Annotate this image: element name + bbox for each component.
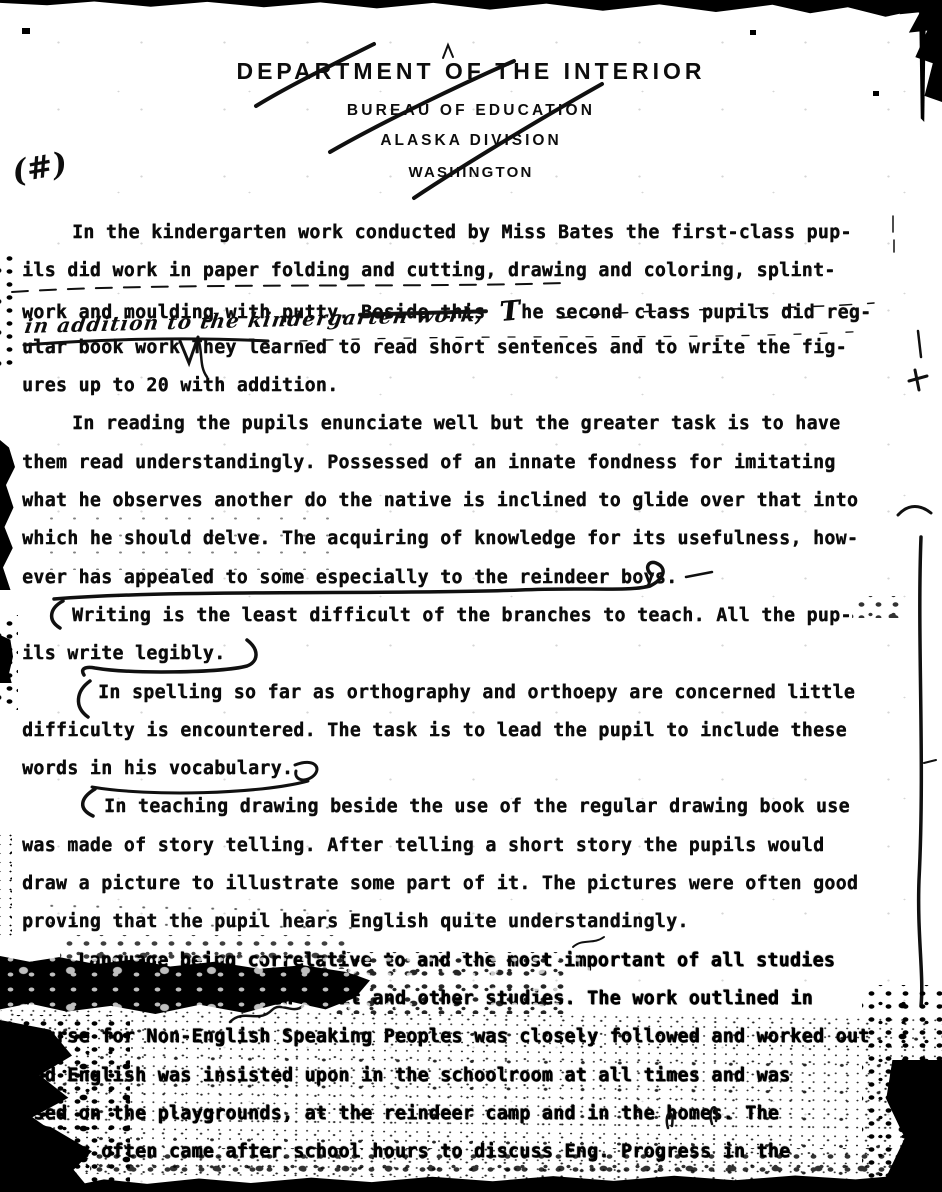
- text-line: was made of story telling. After telling…: [22, 827, 922, 865]
- right-margin-dash: [924, 760, 936, 763]
- typed-text: In teaching drawing beside the use of th…: [104, 796, 850, 817]
- typed-text: In reading the pupils enunciate well but…: [72, 413, 840, 434]
- typed-text: Writing is the least difficult of the br…: [72, 605, 852, 626]
- typed-text: difficulty is encountered. The task is t…: [22, 720, 847, 741]
- letterhead-department: DEPARTMENT OF THE INTERIOR: [0, 58, 942, 85]
- typed-text: and English was insisted upon in the sch…: [22, 1065, 790, 1086]
- typed-text: ils did work in paper folding and cuttin…: [22, 260, 836, 281]
- text-line: Language being correlative to and the mo…: [22, 942, 922, 980]
- letterhead-bureau: BUREAU OF EDUCATION: [0, 102, 942, 120]
- handwritten-capital: T: [498, 292, 522, 332]
- text-line: Writing is the least difficult of the br…: [22, 597, 922, 635]
- scanned-document-page: DEPARTMENT OF THE INTERIOR BUREAU OF EDU…: [0, 0, 942, 1192]
- text-line: them read understandingly. Possessed of …: [22, 444, 922, 482]
- caret-above-title-icon: [443, 45, 453, 58]
- text-line: In the kindergarten work conducted by Mi…: [22, 214, 922, 252]
- scan-noise-left-4: [0, 830, 12, 940]
- scan-speck: [750, 30, 756, 35]
- text-line: ures up to 20 with addition.: [22, 367, 922, 405]
- text-line: used on the playgrounds, at the reindeer…: [22, 1095, 922, 1133]
- scan-noise-left-1: [0, 250, 16, 370]
- text-line: words in his vocabulary.: [22, 750, 922, 788]
- letterhead: DEPARTMENT OF THE INTERIOR BUREAU OF EDU…: [0, 58, 942, 181]
- text-line: draw a picture to illustrate some part o…: [22, 865, 922, 903]
- scan-noise-left-3: [0, 615, 18, 710]
- document-body: In the kindergarten work conducted by Mi…: [22, 214, 922, 1171]
- typed-text: he second class pupils did reg-: [521, 302, 871, 323]
- typed-text: was made of story telling. After telling…: [22, 835, 824, 856]
- text-line: Course for Non-English Speaking Peoples …: [22, 1018, 922, 1056]
- typed-text: words in his vocabulary.: [22, 758, 293, 779]
- text-line: pupils often came after school hours to …: [22, 1133, 922, 1171]
- typed-text: In the kindergarten work conducted by Mi…: [72, 222, 852, 243]
- scan-noise-left-2: [0, 440, 15, 590]
- text-line: ils write legibly.: [22, 635, 922, 673]
- typed-text: what he observes another do the native i…: [22, 490, 858, 511]
- text-line: ever has appealed to some especially to …: [22, 559, 922, 597]
- text-line: In spelling so far as orthography and or…: [22, 674, 922, 712]
- typed-text: which he should delve. The acquiring of …: [22, 528, 858, 549]
- text-line: what he observes another do the native i…: [22, 482, 922, 520]
- text-line: In teaching drawing beside the use of th…: [22, 788, 922, 826]
- typed-text: In spelling so far as orthography and or…: [98, 682, 855, 703]
- text-line: proving that the pupil hears English qui…: [22, 903, 922, 941]
- typed-text: Language being correlative to and the mo…: [78, 950, 835, 971]
- scan-noise-bottom-bar: [78, 1174, 942, 1192]
- typed-text: ures up to 20 with addition.: [22, 375, 338, 396]
- text-line: ils did work in paper folding and cuttin…: [22, 252, 922, 290]
- text-line: much attention was given to it and other…: [22, 980, 922, 1018]
- typed-text: proving that the pupil hears English qui…: [22, 911, 689, 932]
- text-line: In reading the pupils enunciate well but…: [22, 405, 922, 443]
- typed-text: Course for Non-English Speaking Peoples …: [22, 1026, 869, 1047]
- typed-text: pupils often came after school hours to …: [22, 1141, 790, 1162]
- letterhead-city: WASHINGTON: [0, 164, 942, 181]
- typed-text: ever has appealed to some especially to …: [22, 567, 677, 588]
- typed-text: ular book work They learned to read shor…: [22, 337, 847, 358]
- typed-text: them read understandingly. Possessed of …: [22, 452, 836, 473]
- scan-speck: [22, 28, 30, 34]
- text-line: ular book work They learned to read shor…: [22, 329, 922, 367]
- letterhead-division: ALASKA DIVISION: [0, 132, 942, 150]
- text-line: which he should delve. The acquiring of …: [22, 520, 922, 558]
- typed-text: draw a picture to illustrate some part o…: [22, 873, 858, 894]
- scan-noise-top-edge: [0, 0, 942, 24]
- typed-text: ils write legibly.: [22, 643, 225, 664]
- text-line: difficulty is encountered. The task is t…: [22, 712, 922, 750]
- text-line: and English was insisted upon in the sch…: [22, 1057, 922, 1095]
- scan-noise-left-blob: [0, 635, 13, 683]
- typed-text: much attention was given to it and other…: [22, 988, 813, 1009]
- typed-text: used on the playgrounds, at the reindeer…: [22, 1103, 779, 1124]
